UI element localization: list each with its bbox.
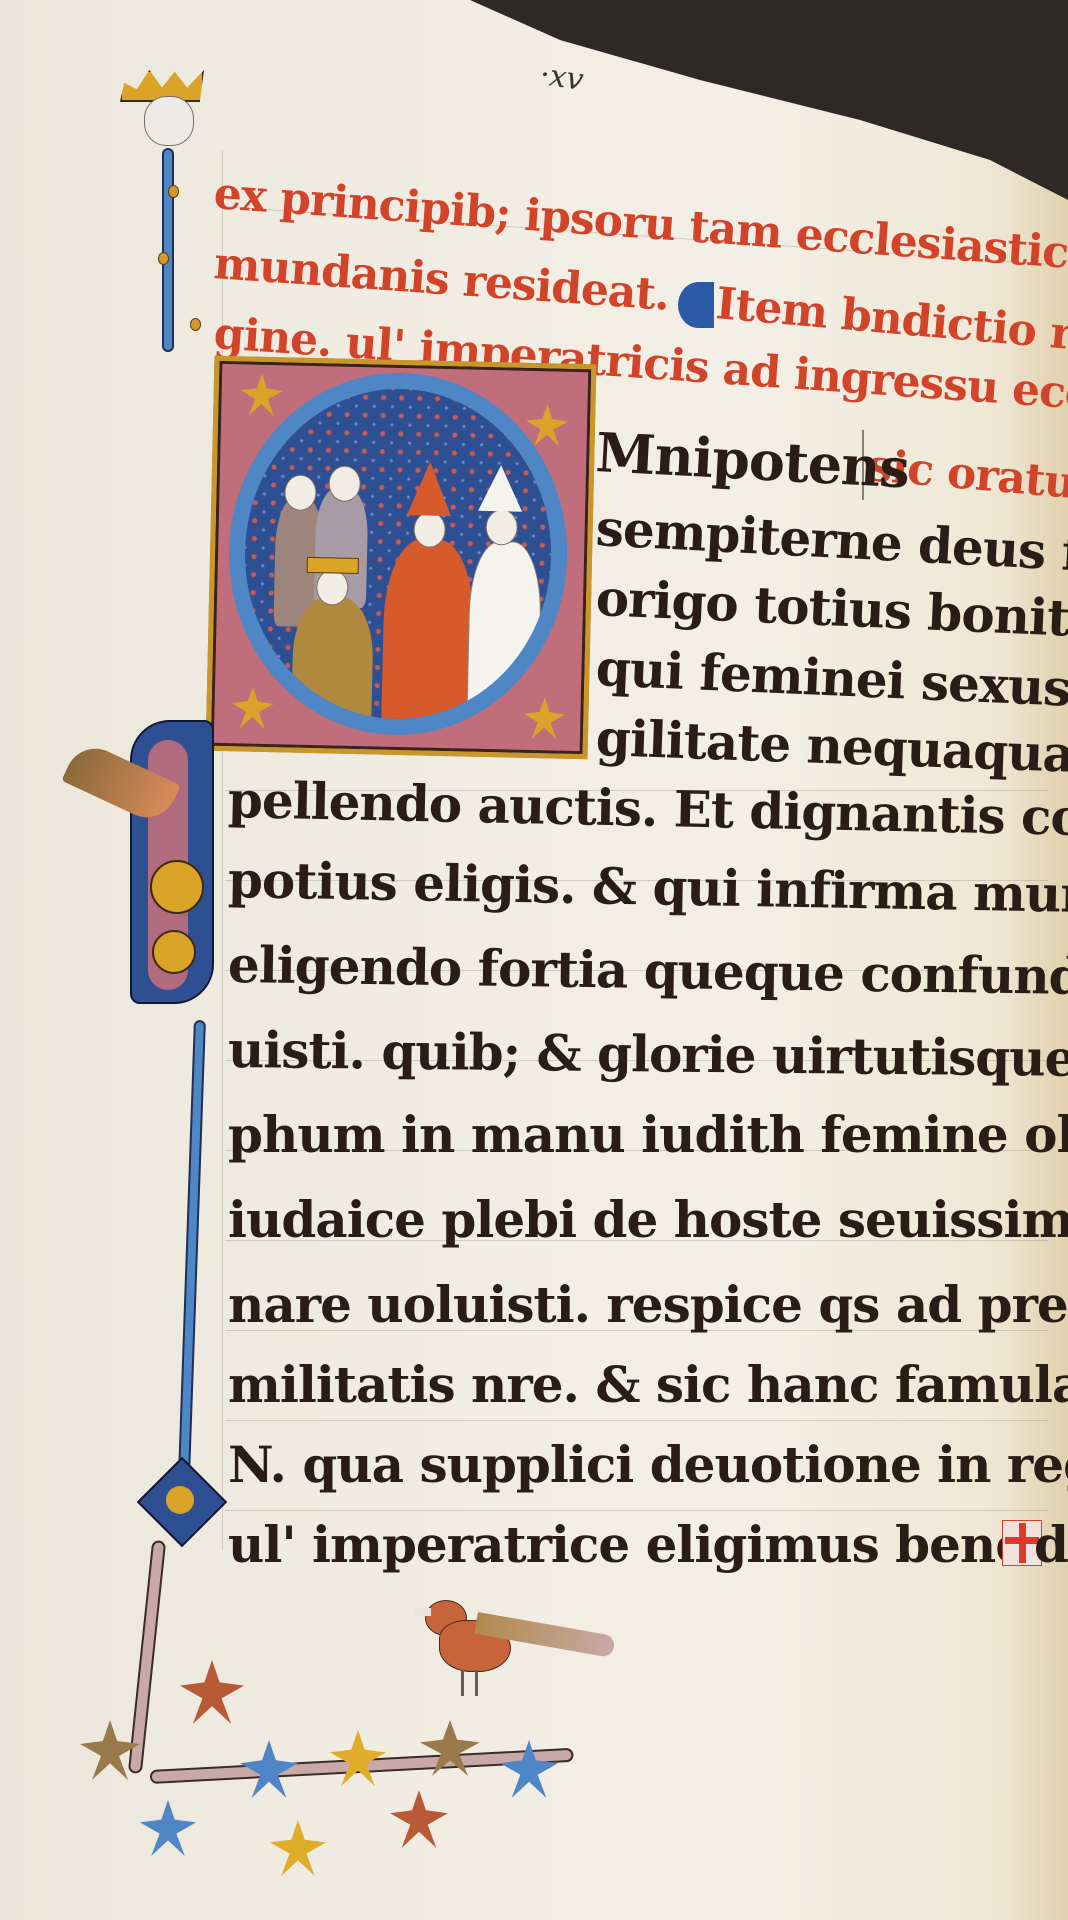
doorway xyxy=(509,692,532,732)
body-line-15: ul' imperatrice eligimus bene xyxy=(228,1515,1026,1574)
folio-number: ·xv xyxy=(538,57,586,98)
body-line-6: pellendo auctis. Et dignantis coprobando xyxy=(227,770,1068,852)
body-line-4: qui feminei sexus fra xyxy=(595,638,1068,722)
body-line-7: potius eligis. & qui infirma mundi xyxy=(227,850,1068,925)
ruling-line xyxy=(225,1510,1048,1511)
ruling-line xyxy=(225,1420,1048,1421)
body-line-14: N. qua supplici deuotione in regu xyxy=(228,1435,1068,1494)
gold-leaf-icon xyxy=(240,373,283,416)
red-leaf-icon xyxy=(390,1790,448,1848)
border-vine-top xyxy=(162,148,174,352)
body-line-9: uisti. quib; & glorie uirtutisque tue tr… xyxy=(228,1020,1068,1090)
hybrid-creature-icon xyxy=(60,720,230,1020)
illuminated-initial-o xyxy=(206,356,597,760)
queen-figure xyxy=(291,597,374,739)
body-line-16: dic xyxy=(1034,1515,1068,1574)
border-vine-bottom xyxy=(128,1540,166,1774)
gold-leaf-icon xyxy=(231,686,274,729)
body-line-3: origo totius bonitatis xyxy=(595,568,1068,652)
gold-dot-icon xyxy=(190,318,201,331)
body-line-12: nare uoluisti. respice qs ad preces hu xyxy=(228,1275,1068,1334)
bishop-mitre-icon xyxy=(407,461,452,516)
cleric-figure xyxy=(466,541,542,725)
gold-leaf-icon xyxy=(270,1820,326,1876)
initial-o-scene xyxy=(225,369,571,739)
bird-icon xyxy=(415,1590,615,1700)
gold-leaf-icon xyxy=(526,404,569,447)
gold-dot-icon xyxy=(158,252,169,265)
border-vine-left xyxy=(178,1020,206,1474)
bishop-figure xyxy=(381,539,476,739)
rubric-line-2: mundanis resideat. xyxy=(212,238,671,321)
body-line-10: phum in manu iudith femine oli xyxy=(228,1105,1068,1164)
blue-leaf-icon xyxy=(140,1800,196,1856)
body-line-5: gilitate nequaqua re xyxy=(595,708,1068,786)
body-line-8: eligendo fortia queque confundere decre xyxy=(228,935,1068,1009)
gold-dot-icon xyxy=(168,185,179,198)
queen-crown-icon xyxy=(307,557,359,574)
gold-leaf-icon xyxy=(166,1486,194,1514)
manuscript-page: ·xv ex principib; ipsoru tam ecclesiasti… xyxy=(0,0,1068,1920)
body-line-11: iudaice plebi de hoste seuissimo relig xyxy=(228,1190,1068,1249)
cleric-head xyxy=(485,509,518,546)
cleric-mitre-icon xyxy=(478,465,523,512)
red-leaf-icon xyxy=(180,1660,244,1724)
crowned-head-icon xyxy=(112,70,212,150)
small-blue-initial-i xyxy=(678,282,719,328)
body-line-13: militatis nre. & sic hanc famula tua xyxy=(228,1355,1068,1414)
